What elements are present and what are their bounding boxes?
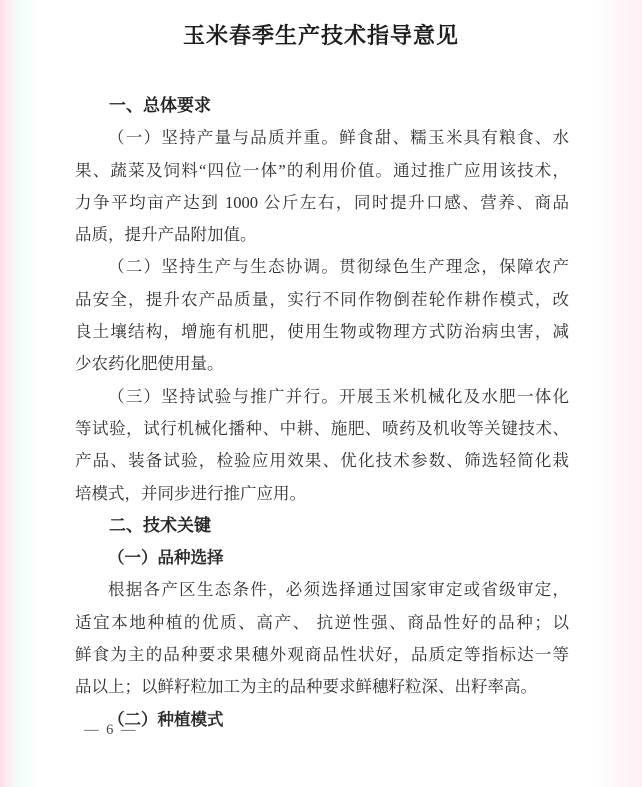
text-line: 品质，提升产品附加值。 — [75, 219, 569, 251]
document-page: 玉米春季生产技术指导意见 一、总体要求 （一）坚持产量与品质并重。鲜食甜、糯玉米… — [0, 0, 642, 787]
text-line: 品以上；以鲜籽粒加工为主的品种要求鲜穗籽粒深、出籽率高。 — [75, 671, 569, 703]
page-number: — 6 — — [84, 722, 138, 739]
paragraph-production-ecology: （二）坚持生产与生态协调。贯彻绿色生产理念，保障农产 品安全，提升农产品质量，实… — [75, 251, 569, 380]
text-line: 等试验，试行机械化播种、中耕、施肥、喷药及机收等关键技术、 — [75, 413, 569, 445]
paragraph-trial-and-promotion: （三）坚持试验与推广并行。开展玉米机械化及水肥一体化 等试验，试行机械化播种、中… — [75, 381, 569, 510]
text-line: 培模式，并同步进行推广应用。 — [75, 478, 569, 510]
subsection-heading-variety-selection: （一）品种选择 — [75, 542, 569, 574]
text-line: 适宜本地种植的优质、高产、 抗逆性强、商品性好的品种；以 — [75, 607, 569, 639]
paragraph-quality-and-yield: （一）坚持产量与品质并重。鲜食甜、糯玉米具有粮食、水 果、蔬菜及饲料“四位一体”… — [75, 122, 569, 251]
subsection-heading-planting-mode: （二）种植模式 — [75, 704, 569, 736]
text-line: 鲜食为主的品种要求果穗外观商品性状好，品质定等指标达一等 — [75, 639, 569, 671]
section-heading-key-techniques: 二、技术关键 — [75, 510, 569, 542]
document-title: 玉米春季生产技术指导意见 — [0, 19, 642, 50]
text-line: 根据各产区生态条件，必须选择通过国家审定或省级审定， — [75, 574, 569, 606]
text-line: 良土壤结构，增施有机肥，使用生物或物理方式防治病虫害，减 — [75, 316, 569, 348]
text-line: （一）坚持产量与品质并重。鲜食甜、糯玉米具有粮食、水 — [75, 122, 569, 154]
text-line: 产品、装备试验，检验应用效果、优化技术参数、筛选轻简化栽 — [75, 445, 569, 477]
text-line: （三）坚持试验与推广并行。开展玉米机械化及水肥一体化 — [75, 381, 569, 413]
text-line: 果、蔬菜及饲料“四位一体”的利用价值。通过推广应用该技术， — [75, 155, 569, 187]
paragraph-variety-selection: 根据各产区生态条件，必须选择通过国家审定或省级审定， 适宜本地种植的优质、高产、… — [75, 574, 569, 703]
text-line: （二）坚持生产与生态协调。贯彻绿色生产理念，保障农产 — [75, 251, 569, 283]
text-line: 少农药化肥使用量。 — [75, 348, 569, 380]
document-body: 一、总体要求 （一）坚持产量与品质并重。鲜食甜、糯玉米具有粮食、水 果、蔬菜及饲… — [75, 90, 569, 736]
section-heading-overall-requirements: 一、总体要求 — [75, 90, 569, 122]
text-line: 力争平均亩产达到 1000 公斤左右，同时提升口感、营养、商品 — [75, 187, 569, 219]
text-line: 品安全，提升农产品质量，实行不同作物倒茬轮作耕作模式，改 — [75, 284, 569, 316]
